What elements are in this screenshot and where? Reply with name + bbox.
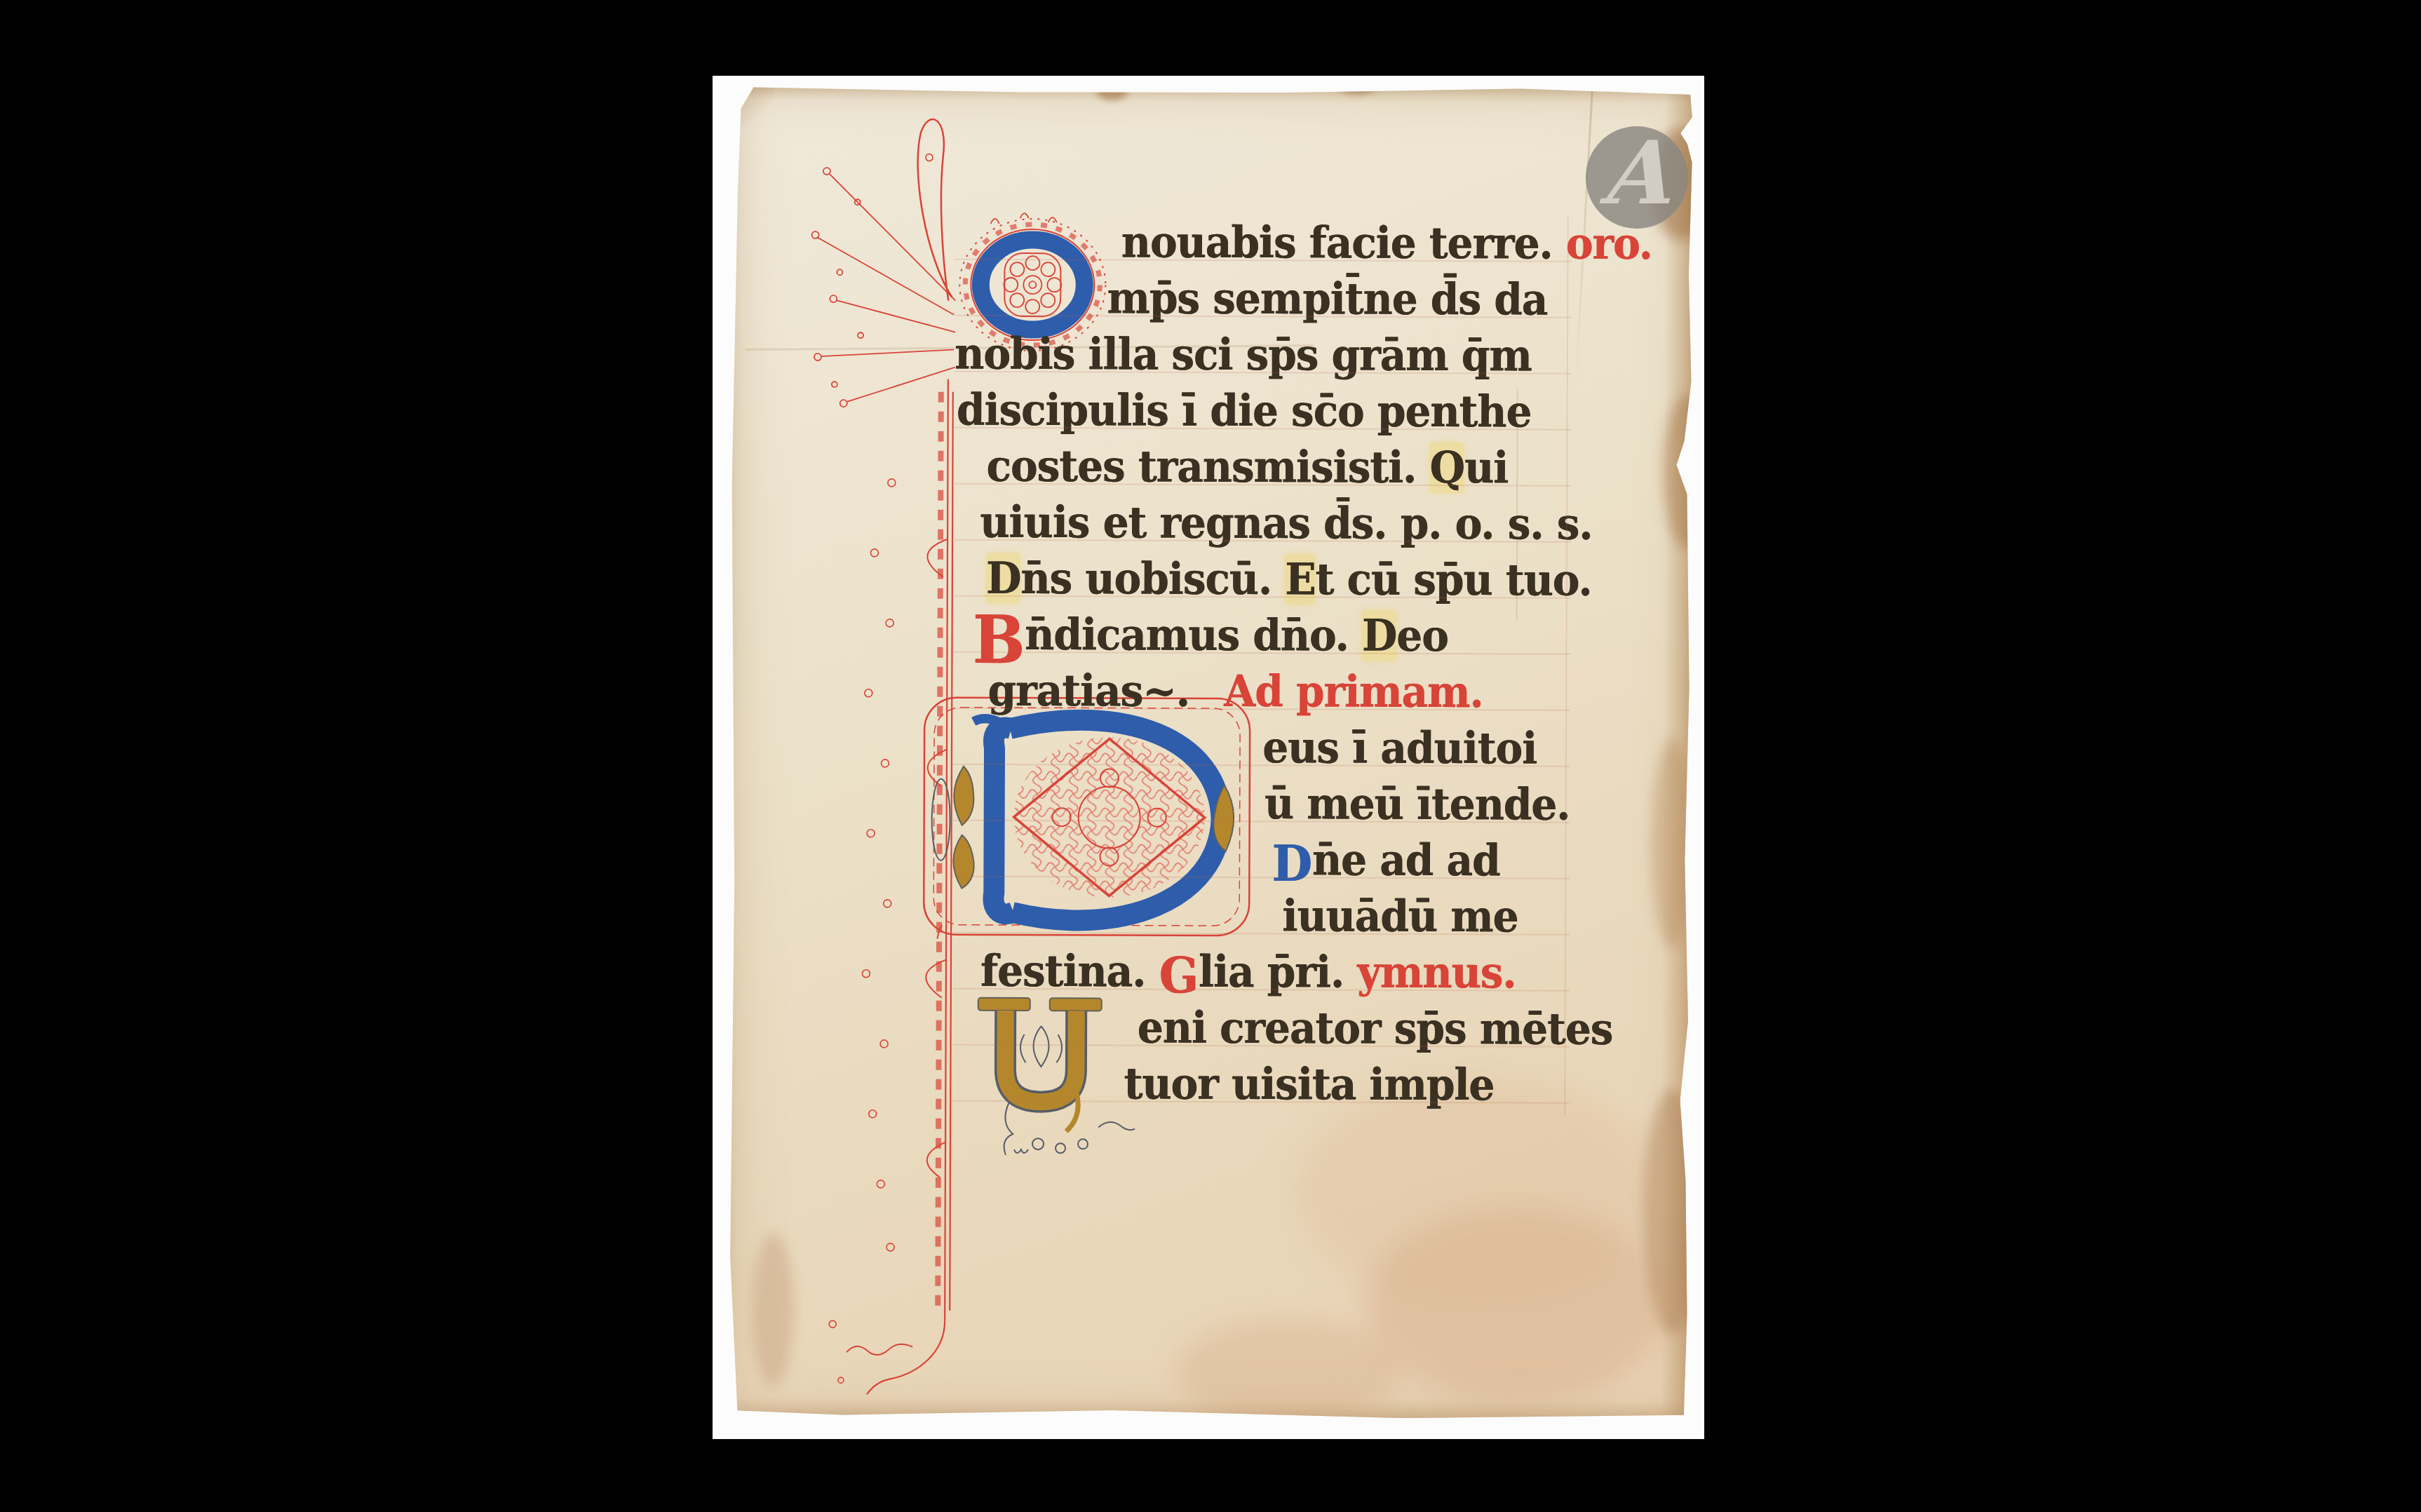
text-segment: G [1159,946,1199,1005]
manuscript-leaf: O D [728,85,1694,1421]
text-line: eni creator sp̄s mētes [952,1001,1783,1056]
text-segment: D [1272,834,1312,893]
text-line: mp̄s sempit̄ne d̄s da [955,271,1752,327]
photograph: O D [0,0,2421,1512]
text-line: ū meū ītende. [953,776,1910,832]
text-line: eus ī aduitoi [953,720,1908,776]
text-line: tuor uisita imple [952,1057,1769,1112]
watermark-monogram-icon: A [1604,123,1682,224]
text-line: iuuādū me [952,889,1927,945]
watermark-logo: A [1586,126,1688,229]
text-block: nouabis facie terre. oro.mp̄s sempit̄ne … [728,85,1694,1421]
text-line: Dn̄e ad ad [952,832,1917,889]
